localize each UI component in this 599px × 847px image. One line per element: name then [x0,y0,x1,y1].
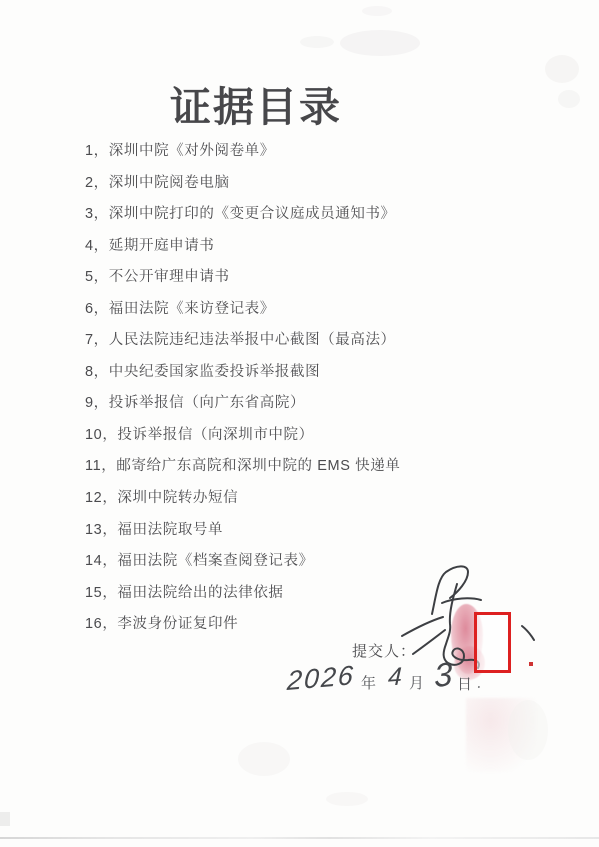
scan-artifact [545,55,579,83]
evidence-item-4: 4，延期开庭申请书 [85,234,400,266]
scan-artifact [508,700,548,760]
evidence-item-5: 5，不公开审理申请书 [85,265,400,297]
scan-artifact [238,742,290,776]
evidence-item-10: 10，投诉举报信（向深圳市中院） [85,423,400,455]
evidence-item-3: 3，深圳中院打印的《变更合议庭成员通知书》 [85,202,400,234]
handwritten-day: 3 [433,655,453,696]
evidence-item-7: 7，人民法院违纪违法举报中心截图（最高法） [85,328,400,360]
evidence-item-14: 14，福田法院《档案查阅登记表》 [85,549,400,581]
red-stamp-box [474,612,511,673]
page-scan-edge [0,837,599,839]
red-dot-mark [529,662,533,666]
handwritten-year: 2026 [286,660,355,697]
handwritten-month: 4 [388,662,403,692]
scan-artifact [0,812,10,826]
signature-stroke [413,630,445,654]
signature-stroke [402,617,443,636]
scan-artifact [300,36,334,48]
evidence-item-12: 12，深圳中院转办短信 [85,486,400,518]
scan-artifact [362,6,392,16]
evidence-item-9: 9，投诉举报信（向广东省高院） [85,391,400,423]
evidence-item-11: 11，邮寄给广东高院和深圳中院的 EMS 快递单 [85,454,400,486]
handwritten-tick-mark [522,626,534,640]
scan-artifact [340,30,420,56]
document-title: 证据目录 [170,74,342,133]
handwritten-signature [398,564,548,680]
evidence-item-6: 6，福田法院《来访登记表》 [85,297,400,329]
scan-artifact [326,792,368,806]
date-year-unit: 年 [361,672,376,693]
evidence-item-15: 15，福田法院给出的法律依据 [85,581,400,613]
date-day-unit: 日 [457,673,472,694]
scanned-document-page: 证据目录 1，深圳中院《对外阅卷单》 2，深圳中院阅卷电脑 3，深圳中院打印的《… [0,0,599,847]
signature-stroke [432,566,468,614]
evidence-item-1: 1，深圳中院《对外阅卷单》 [85,139,400,171]
evidence-item-8: 8，中央纪委国家监委投诉举报截图 [85,360,400,392]
evidence-item-2: 2，深圳中院阅卷电脑 [85,171,400,203]
evidence-item-13: 13，福田法院取号单 [85,518,400,550]
scan-artifact [558,90,580,108]
evidence-list: 1，深圳中院《对外阅卷单》 2，深圳中院阅卷电脑 3，深圳中院打印的《变更合议庭… [85,139,400,644]
signature-stroke [442,598,481,603]
date-month-unit: 月 [409,672,424,693]
